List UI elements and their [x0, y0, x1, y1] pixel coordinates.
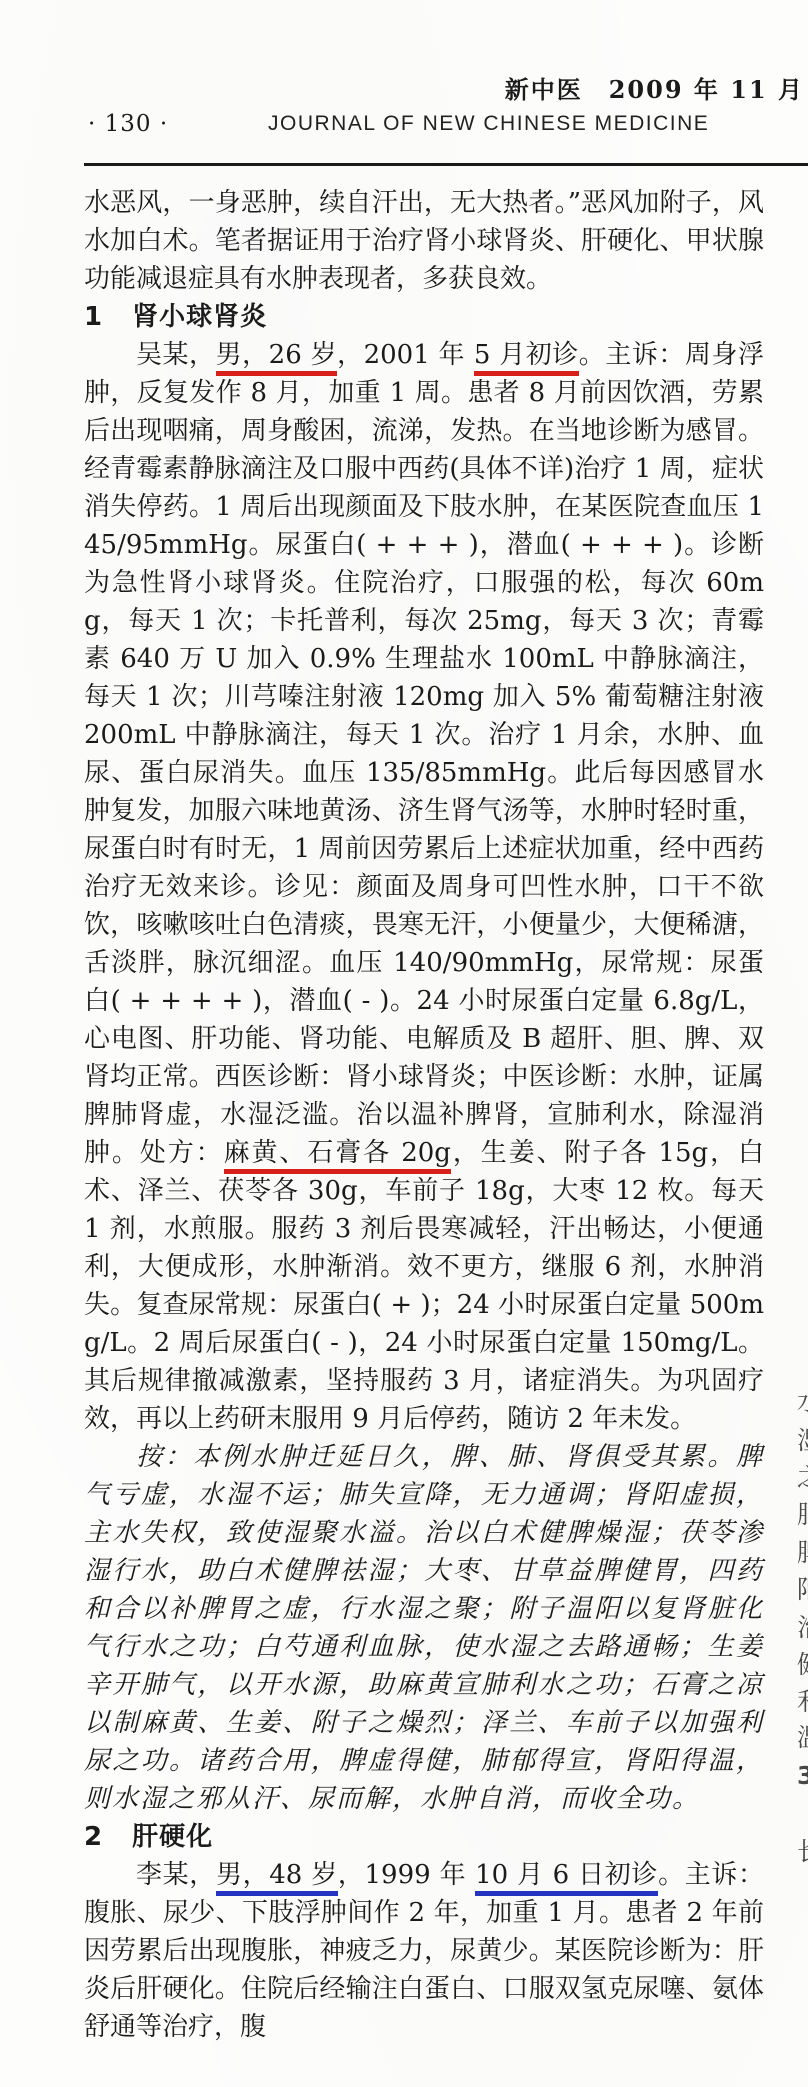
intro-paragraph: 水恶风，一身恶肿，续自汗出，无大热者。”恶风加附子，风水加白术。笔者据证用于治疗…: [84, 184, 764, 298]
page-edge-artifact: 湿: [797, 1427, 808, 1455]
underlined-text: 10 月 6 日初诊: [475, 1860, 658, 1896]
text-run: ，生姜、附子各 15g，白术、泽兰、茯苓各 30g，车前子 18g，大枣 12 …: [84, 1138, 764, 1434]
page-edge-artifact: 治: [797, 1614, 808, 1642]
page-edge-artifact: 温: [797, 1724, 808, 1752]
page-edge-artifact: 肿: [797, 1501, 808, 1529]
header-rule: [84, 163, 808, 166]
journal-issue: 2009 年 11 月: [609, 75, 804, 104]
section-number: 2: [84, 1818, 102, 1856]
page-edge-artifact: 长: [797, 1838, 808, 1866]
page-edge-artifact: 利: [797, 1688, 808, 1716]
case-2-paragraph: 李某，男，48 岁，1999 年 10 月 6 日初诊。主诉：腹胀、尿少、下肢浮…: [84, 1856, 764, 2046]
section-title: 肾小球肾炎: [132, 298, 267, 336]
scanned-journal-page: 新中医2009 年 11 月 · 130 · JOURNAL OF NEW CH…: [0, 0, 808, 2087]
underlined-text: 麻黄、石膏各 20g: [224, 1138, 451, 1174]
text-run: ，2001 年: [337, 340, 474, 370]
case-1-paragraph: 吴某，男，26 岁，2001 年 5 月初诊。主诉：周身浮肿，反复发作 8 月，…: [84, 336, 764, 1438]
journal-title-en: JOURNAL OF NEW CHINESE MEDICINE: [268, 112, 709, 136]
section-1-heading: 1肾小球肾炎: [84, 298, 764, 336]
page-edge-artifact: 阳: [797, 1576, 808, 1604]
page-edge-artifact: 健: [797, 1651, 808, 1679]
page-edge-artifact: 3: [797, 1762, 808, 1790]
text-run: ，1999 年: [338, 1860, 475, 1890]
section-title: 肝硬化: [132, 1818, 213, 1856]
text-run: 李某，: [136, 1860, 216, 1890]
underlined-text: 男，48 岁: [216, 1860, 338, 1896]
journal-header-cn: 新中医2009 年 11 月: [505, 70, 804, 105]
section-2-heading: 2肝硬化: [84, 1818, 764, 1856]
underlined-text: 男，26 岁: [216, 340, 337, 376]
text-run: 吴某，: [136, 340, 216, 370]
underlined-text: 5 月初诊: [474, 340, 579, 376]
text-run: 。主诉：周身浮肿，反复发作 8 月，加重 1 周。患者 8 月前因饮酒，劳累后出…: [84, 340, 764, 1168]
article-body: 水恶风，一身恶肿，续自汗出，无大热者。”恶风加附子，风水加白术。笔者据证用于治疗…: [84, 184, 764, 2046]
page-number: · 130 ·: [88, 111, 168, 137]
section-number: 1: [84, 298, 102, 336]
note-paragraph: 按：本例水肿迁延日久，脾、肺、肾俱受其累。脾气亏虚，水湿不运；肺失宣降，无力通调…: [84, 1438, 764, 1818]
page-edge-artifact: 之: [797, 1464, 808, 1492]
page-edge-artifact: 水: [797, 1388, 808, 1416]
journal-title-cn: 新中医: [505, 76, 583, 104]
page-edge-artifact: 脾: [797, 1539, 808, 1567]
